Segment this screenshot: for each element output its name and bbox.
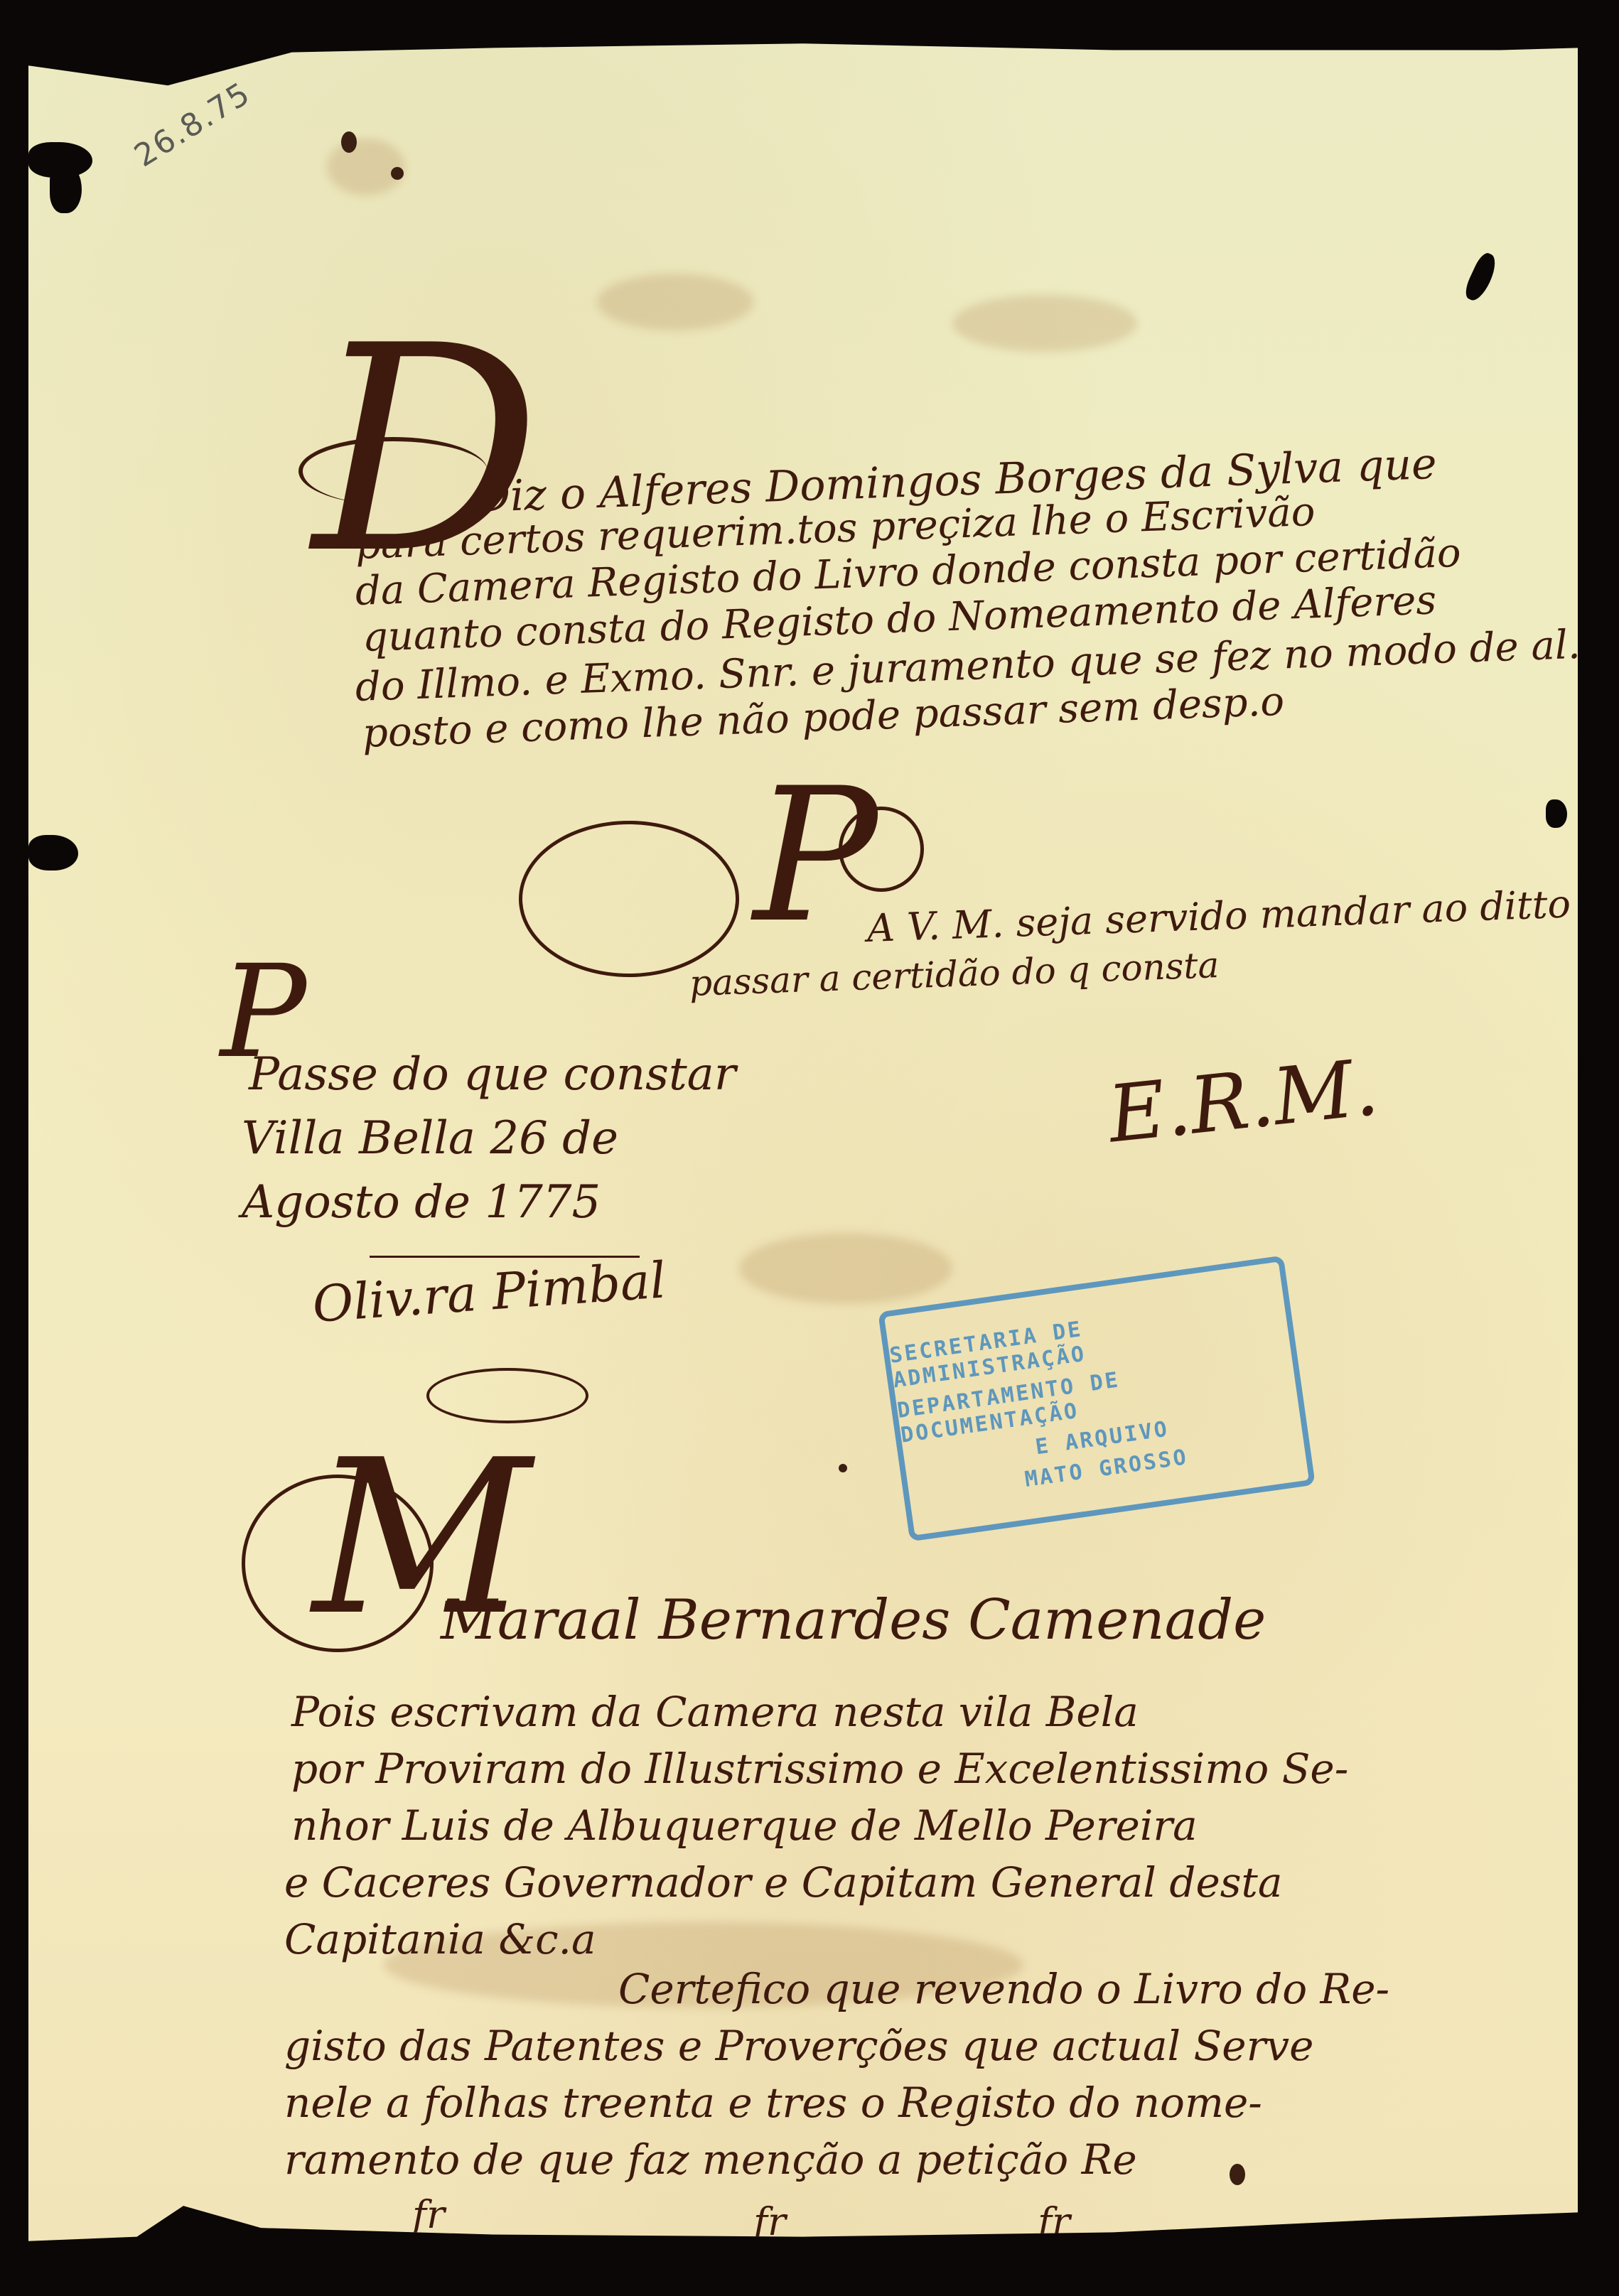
foxing-stain xyxy=(327,139,405,195)
dispatch-line: Villa Bella 26 de xyxy=(242,1112,618,1165)
foxing-stain xyxy=(739,1233,952,1304)
initial-flourish xyxy=(298,437,488,505)
footer-mark: fr xyxy=(753,2199,786,2244)
certificate-line: Pois escrivam da Camera nesta vila Bela xyxy=(291,1688,1139,1736)
manuscript-page: 26.8.75 D Diz o Alferes Domingos Borges … xyxy=(28,39,1578,2246)
request-line: A V. M. seja servido mandar ao ditto xyxy=(866,881,1571,951)
ink-spot xyxy=(341,131,357,153)
certificate-line: nhor Luis de Albuquerque de Mello Pereir… xyxy=(291,1801,1198,1850)
certificate-heading: Maraal Bernardes Camenade xyxy=(441,1588,1266,1652)
ink-spot xyxy=(839,1464,847,1472)
footer-mark: fr xyxy=(412,2192,445,2237)
dispatch-signature: Oliv.ra Pimbal xyxy=(311,1251,667,1334)
footer-mark: fr xyxy=(1038,2199,1070,2244)
request-flourish-loop xyxy=(839,807,924,892)
paper-damage-hole xyxy=(1546,799,1567,828)
foxing-stain xyxy=(952,295,1137,352)
request-flourish-circle xyxy=(519,821,739,977)
certificate-line: por Proviram do Illustrissimo e Excelent… xyxy=(291,1745,1348,1793)
closing-monogram: E.R.M. xyxy=(1104,1042,1382,1160)
ink-spot xyxy=(391,167,404,180)
paper-damage-hole xyxy=(1462,250,1501,303)
certificate-line: Certefico que revendo o Livro do Re- xyxy=(618,1965,1389,2013)
paper-damage-hole xyxy=(28,835,78,871)
certificate-line: e Caceres Governador e Capitam General d… xyxy=(284,1858,1282,1907)
certificate-line: gisto das Patentes e Proverções que actu… xyxy=(284,2022,1313,2070)
certificate-line: ramento de que faz menção a petição Re xyxy=(284,2135,1137,2184)
certificate-line: Capitania &c.a xyxy=(284,1915,596,1963)
dispatch-line: Agosto de 1775 xyxy=(242,1176,601,1229)
certificate-line: nele a folhas treenta e tres o Registo d… xyxy=(284,2079,1262,2127)
archival-pencil-note: 26.8.75 xyxy=(128,75,257,175)
archive-stamp: SECRETARIA DE ADMINISTRAÇÃO DEPARTAMENTO… xyxy=(878,1256,1316,1542)
ink-spot xyxy=(1230,2164,1245,2185)
dispatch-line: Passe do que constar xyxy=(249,1048,736,1101)
foxing-stain xyxy=(597,274,753,330)
paper-damage-hole xyxy=(50,163,82,213)
